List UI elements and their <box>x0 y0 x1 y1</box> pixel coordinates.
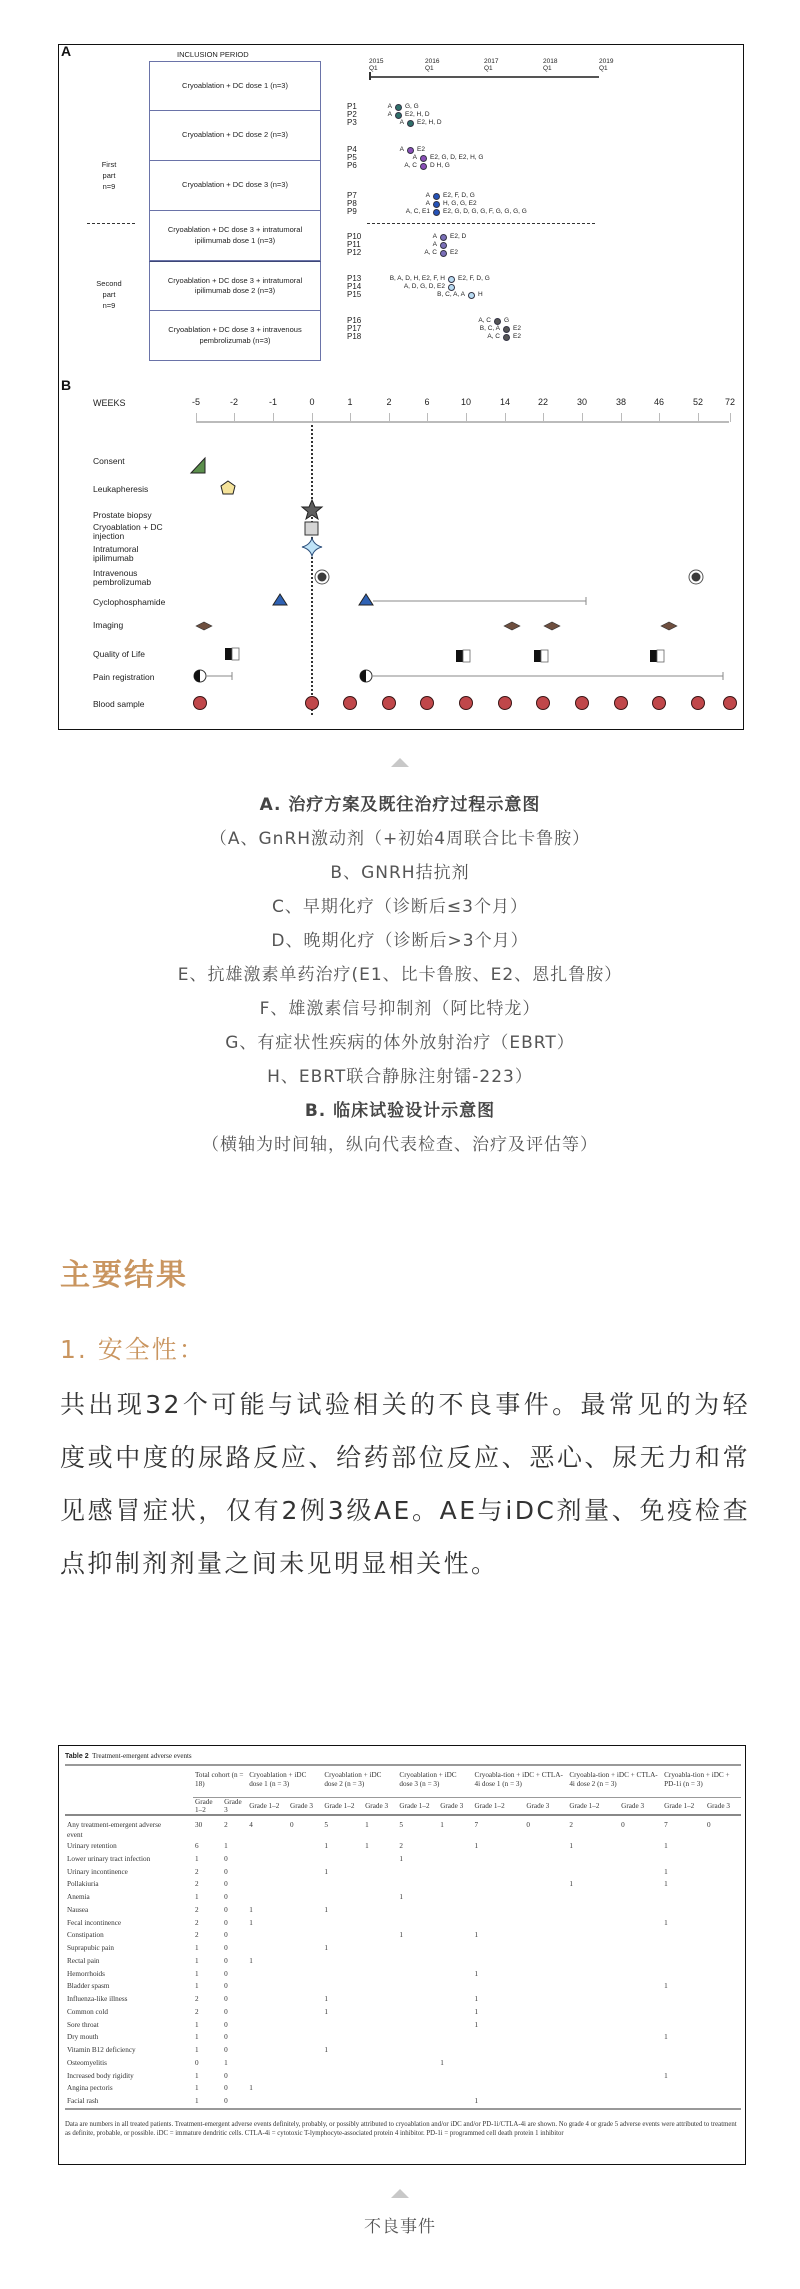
table-cell <box>567 2006 619 2019</box>
table-cell: 0 <box>222 1891 247 1904</box>
table-row-event: Any treatment-emergent adverse event <box>65 1815 193 1840</box>
table-cell: 0 <box>222 1929 247 1942</box>
table-row: Sore throat101 <box>65 2019 741 2032</box>
adverse-events-table: Total cohort (n = 18)Cryoablation + iDC … <box>65 1764 741 2110</box>
table-cell <box>438 1917 472 1930</box>
table-cell: 1 <box>247 2082 288 2095</box>
table-cell: 1 <box>473 2006 525 2019</box>
table-cell <box>567 2057 619 2070</box>
table-cell <box>662 1904 705 1917</box>
table-cell: 7 <box>662 1815 705 1840</box>
subheading-safety: 1. 安全性： <box>60 1330 206 1366</box>
table-cell <box>705 1955 741 1968</box>
table-row-event: Suprapubic pain <box>65 1942 193 1955</box>
table-cell <box>322 2095 363 2109</box>
table-cell <box>619 1942 662 1955</box>
table-cell <box>288 2057 322 2070</box>
table-cell <box>247 1866 288 1879</box>
table-cell: 1 <box>397 1853 438 1866</box>
table-cell <box>473 1942 525 1955</box>
table-cell: 0 <box>193 2057 222 2070</box>
table-cell <box>247 2019 288 2032</box>
table-cell <box>322 1891 363 1904</box>
table-cell <box>397 2019 438 2032</box>
table-cell <box>288 1993 322 2006</box>
table-cell <box>619 1980 662 1993</box>
table-cell <box>705 1980 741 1993</box>
table-cell <box>288 1917 322 1930</box>
caption-legend-d: D、晚期化疗（诊断后>3个月） <box>0 924 800 958</box>
table-cell <box>705 1993 741 2006</box>
table-row-event: Influenza-like illness <box>65 1993 193 2006</box>
table-cell <box>438 1866 472 1879</box>
table-cell: 1 <box>438 1815 472 1840</box>
table-cell: 1 <box>193 1942 222 1955</box>
table-cell <box>705 2006 741 2019</box>
table-group-header: Cryoabla-tion + iDC + PD-1i (n = 3) <box>662 1765 741 1797</box>
consent-triangle-icon <box>191 458 205 473</box>
table-cell <box>247 2031 288 2044</box>
table-cell <box>619 1968 662 1981</box>
caption-legend-b: B、GNRH拮抗剂 <box>0 856 800 890</box>
table-cell <box>524 1929 567 1942</box>
table-cell <box>524 1840 567 1853</box>
table-cell <box>619 1955 662 1968</box>
table-cell <box>705 1866 741 1879</box>
table-cell <box>567 1891 619 1904</box>
table-cell <box>322 1853 363 1866</box>
table-cell <box>438 1968 472 1981</box>
cryoablation-square-icon <box>305 522 318 535</box>
table-cell <box>524 2044 567 2057</box>
table-cell <box>705 2057 741 2070</box>
table-cell: 1 <box>193 1968 222 1981</box>
table-cell <box>662 1929 705 1942</box>
table-cell <box>397 1968 438 1981</box>
table-cell: 2 <box>193 1929 222 1942</box>
table-cell <box>619 2006 662 2019</box>
table-row-event: Bladder spasm <box>65 1980 193 1993</box>
table-cell <box>288 1942 322 1955</box>
table-cell <box>473 2082 525 2095</box>
table-row-event: Fecal incontinence <box>65 1917 193 1930</box>
table-cell <box>567 1866 619 1879</box>
table-cell <box>397 1942 438 1955</box>
table-cell <box>662 1891 705 1904</box>
table-row-event: Hemorrhoids <box>65 1968 193 1981</box>
table-cell: 6 <box>193 1840 222 1853</box>
table-title: Table 2 Treatment-emergent adverse event… <box>65 1752 192 1760</box>
table-cell <box>619 2095 662 2109</box>
table-cell <box>662 1942 705 1955</box>
table-cell <box>619 2044 662 2057</box>
table-row: Urinary retention61112111 <box>65 1840 741 1853</box>
table-cell <box>363 2031 397 2044</box>
table-cell: 1 <box>662 1980 705 1993</box>
table-cell <box>619 1866 662 1879</box>
table-row-event: Angina pectoris <box>65 2082 193 2095</box>
table-cell: 1 <box>322 1942 363 1955</box>
table-cell: 1 <box>567 1878 619 1891</box>
table-footnote: Data are numbers in all treated patients… <box>65 2120 741 2138</box>
table-cell <box>662 1853 705 1866</box>
table-row-event: Dry mouth <box>65 2031 193 2044</box>
table-cell <box>438 1955 472 1968</box>
table-cell <box>363 2044 397 2057</box>
table-cell: 1 <box>662 1878 705 1891</box>
table-cell <box>363 2006 397 2019</box>
table-cell: 2 <box>193 2006 222 2019</box>
table-cell <box>363 1955 397 1968</box>
table-cell <box>397 2057 438 2070</box>
table-cell <box>473 2044 525 2057</box>
table-cell <box>567 1955 619 1968</box>
table-cell: 1 <box>473 1840 525 1853</box>
table-cell <box>247 2057 288 2070</box>
table-cell: 1 <box>473 2095 525 2109</box>
table-cell: 2 <box>193 1878 222 1891</box>
table-row-event: Constipation <box>65 1929 193 1942</box>
table-cell <box>705 1878 741 1891</box>
table-cell: 1 <box>662 1917 705 1930</box>
table-cell: 1 <box>397 1891 438 1904</box>
table-cell <box>247 2070 288 2083</box>
table-cell: 1 <box>193 2095 222 2109</box>
table-row: Increased body rigidity101 <box>65 2070 741 2083</box>
table-cell <box>662 2006 705 2019</box>
table-cell <box>524 1866 567 1879</box>
adverse-events-table-image: Table 2 Treatment-emergent adverse event… <box>58 1745 746 2165</box>
table-cell: 4 <box>247 1815 288 1840</box>
table-cell <box>247 1993 288 2006</box>
table-row-event: Rectal pain <box>65 1955 193 1968</box>
table-cell <box>363 2070 397 2083</box>
table-row-event: Lower urinary tract infection <box>65 1853 193 1866</box>
table-cell <box>567 2019 619 2032</box>
table-caption: 不良事件 <box>0 2212 800 2237</box>
table-cell <box>524 2019 567 2032</box>
table-cell <box>619 1993 662 2006</box>
table-cell <box>288 1904 322 1917</box>
table-row: Common cold2011 <box>65 2006 741 2019</box>
table-cell <box>567 1929 619 1942</box>
table-cell <box>524 1993 567 2006</box>
table-cell <box>619 2031 662 2044</box>
table-cell <box>438 1942 472 1955</box>
table-cell: 1 <box>322 1866 363 1879</box>
table-cell: 1 <box>222 1840 247 1853</box>
table-cell <box>473 1904 525 1917</box>
table-cell <box>567 1853 619 1866</box>
table-cell: 1 <box>222 2057 247 2070</box>
table-group-header: Cryoabla-tion + iDC + CTLA-4i dose 2 (n … <box>567 1765 662 1797</box>
table-cell <box>662 1968 705 1981</box>
caption-legend-g: G、有症状性疾病的体外放射治疗（EBRT） <box>0 1026 800 1060</box>
table-cell <box>247 1840 288 1853</box>
table-cell: 1 <box>322 1840 363 1853</box>
table-cell <box>363 1993 397 2006</box>
table-cell: 1 <box>193 2070 222 2083</box>
table-cell <box>363 1878 397 1891</box>
table-cell: 0 <box>222 1853 247 1866</box>
table-grade-header: Grade 3 <box>619 1797 662 1815</box>
table-cell <box>567 2031 619 2044</box>
table-cell <box>473 2031 525 2044</box>
quality-of-life-icons <box>225 648 664 662</box>
table-cell: 2 <box>193 1904 222 1917</box>
table-cell: 1 <box>473 1968 525 1981</box>
table-cell: 0 <box>222 1980 247 1993</box>
table-cell: 1 <box>193 1891 222 1904</box>
table-cell <box>363 2057 397 2070</box>
table-row: Hemorrhoids101 <box>65 1968 741 1981</box>
imaging-diamond-icons <box>196 622 677 630</box>
timeline-symbols <box>59 45 745 731</box>
table-cell <box>322 2019 363 2032</box>
table-cell <box>288 2044 322 2057</box>
table-cell <box>438 1993 472 2006</box>
caption-a-title: A. 治疗方案及既往治疗过程示意图 <box>0 788 800 822</box>
table-row-event: Osteomyelitis <box>65 2057 193 2070</box>
figure-caption: A. 治疗方案及既往治疗过程示意图 （A、GnRH激动剂（+初始4周联合比卡鲁胺… <box>0 788 800 1162</box>
table-row: Lower urinary tract infection101 <box>65 1853 741 1866</box>
caption-pointer-icon <box>391 758 409 767</box>
table-cell <box>438 1980 472 1993</box>
table-group-header: Total cohort (n = 18) <box>193 1765 247 1797</box>
table-cell <box>288 2031 322 2044</box>
table-group-header: Cryoablation + iDC dose 2 (n = 3) <box>322 1765 397 1797</box>
table-cell <box>619 1853 662 1866</box>
table-cell <box>438 2082 472 2095</box>
table-cell: 1 <box>247 1904 288 1917</box>
table-cell <box>524 1853 567 1866</box>
table-grade-header: Grade 1–2 <box>567 1797 619 1815</box>
table-cell <box>705 2019 741 2032</box>
table-cell <box>322 2057 363 2070</box>
table-cell <box>397 1917 438 1930</box>
table-row-event: Urinary incontinence <box>65 1866 193 1879</box>
table-cell <box>397 1904 438 1917</box>
table-cell <box>524 1904 567 1917</box>
table-cell <box>438 2070 472 2083</box>
table-cell <box>288 1955 322 1968</box>
table-cell <box>438 1929 472 1942</box>
table-cell: 1 <box>438 2057 472 2070</box>
table-cell: 0 <box>222 2070 247 2083</box>
table-group-header: Cryoabla-tion + iDC + CTLA-4i dose 1 (n … <box>473 1765 568 1797</box>
table-cell <box>619 2070 662 2083</box>
table-cell: 1 <box>193 2082 222 2095</box>
table-cell <box>524 2031 567 2044</box>
table-cell <box>705 1917 741 1930</box>
table-cell <box>662 1955 705 1968</box>
table-cell <box>288 2082 322 2095</box>
table-cell <box>397 2095 438 2109</box>
table-cell <box>397 1993 438 2006</box>
table-cell <box>524 2082 567 2095</box>
table-cell: 0 <box>222 2006 247 2019</box>
table-cell <box>662 1993 705 2006</box>
table-cell: 0 <box>222 2044 247 2057</box>
table-row: Constipation2011 <box>65 1929 741 1942</box>
table-caption-pointer-icon <box>391 2189 409 2198</box>
table-cell <box>619 1904 662 1917</box>
table-cell <box>322 2070 363 2083</box>
table-cell <box>619 1891 662 1904</box>
table-cell <box>473 2070 525 2083</box>
table-cell: 1 <box>247 1917 288 1930</box>
table-cell <box>363 1980 397 1993</box>
table-cell: 0 <box>524 1815 567 1840</box>
table-group-header: Cryoablation + iDC dose 3 (n = 3) <box>397 1765 472 1797</box>
table-cell: 0 <box>288 1815 322 1840</box>
table-cell: 1 <box>397 1929 438 1942</box>
table-cell <box>397 2082 438 2095</box>
table-cell <box>705 2082 741 2095</box>
table-cell <box>567 1980 619 1993</box>
table-cell <box>438 1853 472 1866</box>
table-cell: 0 <box>222 1917 247 1930</box>
table-cell: 1 <box>193 2019 222 2032</box>
table-row-event: Nausea <box>65 1904 193 1917</box>
table-grade-header: Grade 1–2 <box>322 1797 363 1815</box>
caption-legend-h: H、EBRT联合静脉注射镭-223） <box>0 1060 800 1094</box>
table-cell: 0 <box>705 1815 741 1840</box>
table-cell: 1 <box>193 2031 222 2044</box>
table-cell: 1 <box>363 1815 397 1840</box>
table-cell <box>288 1853 322 1866</box>
table-cell: 1 <box>193 2044 222 2057</box>
table-grade-header: Grade 1–2 <box>662 1797 705 1815</box>
table-cell <box>363 1891 397 1904</box>
table-cell <box>288 2006 322 2019</box>
table-cell <box>438 1891 472 1904</box>
table-cell: 1 <box>193 1955 222 1968</box>
caption-b-title: B. 临床试验设计示意图 <box>0 1094 800 1128</box>
table-cell <box>363 1866 397 1879</box>
table-cell <box>524 1980 567 1993</box>
table-cell <box>662 2019 705 2032</box>
table-cell <box>567 2044 619 2057</box>
table-row-event: Facial rash <box>65 2095 193 2109</box>
table-cell: 1 <box>662 2070 705 2083</box>
table-row-event: Increased body rigidity <box>65 2070 193 2083</box>
table-row-event: Urinary retention <box>65 1840 193 1853</box>
table-cell <box>438 2006 472 2019</box>
table-cell <box>438 1840 472 1853</box>
table-cell: 1 <box>473 1929 525 1942</box>
table-cell <box>322 1955 363 1968</box>
table-cell <box>438 2095 472 2109</box>
table-cell: 0 <box>222 1993 247 2006</box>
table-cell <box>567 2095 619 2109</box>
table-cell <box>567 1904 619 1917</box>
table-row: Suprapubic pain101 <box>65 1942 741 1955</box>
table-cell <box>397 1980 438 1993</box>
table-row: Rectal pain101 <box>65 1955 741 1968</box>
table-cell: 0 <box>619 1815 662 1840</box>
biopsy-star-icon <box>302 500 322 519</box>
table-grade-header: Grade 3 <box>438 1797 472 1815</box>
table-cell: 1 <box>662 2031 705 2044</box>
table-group-header: Cryoablation + iDC dose 1 (n = 3) <box>247 1765 322 1797</box>
table-cell: 1 <box>662 1840 705 1853</box>
table-row-event: Sore throat <box>65 2019 193 2032</box>
table-row: Bladder spasm101 <box>65 1980 741 1993</box>
table-cell <box>619 1878 662 1891</box>
table-cell <box>705 1929 741 1942</box>
table-cell <box>363 1968 397 1981</box>
table-cell: 0 <box>222 1904 247 1917</box>
table-cell: 2 <box>193 1993 222 2006</box>
table-cell <box>397 1878 438 1891</box>
table-cell: 1 <box>473 1993 525 2006</box>
table-cell <box>288 1878 322 1891</box>
table-cell: 1 <box>193 1853 222 1866</box>
table-cell <box>288 1968 322 1981</box>
cyclophosphamide-triangle-icon <box>273 594 287 605</box>
table-cell <box>619 1840 662 1853</box>
table-cell <box>524 1917 567 1930</box>
table-grade-header: Grade 1–2 <box>193 1797 222 1815</box>
table-cell: 2 <box>397 1840 438 1853</box>
table-cell <box>363 1853 397 1866</box>
caption-legend-f: F、雄激素信号抑制剂（阿比特龙） <box>0 992 800 1026</box>
pain-registration-icons <box>194 670 723 682</box>
table-cell <box>288 1840 322 1853</box>
table-cell <box>397 2031 438 2044</box>
table-cell <box>397 2070 438 2083</box>
table-grade-header: Grade 1–2 <box>473 1797 525 1815</box>
table-cell <box>524 1942 567 1955</box>
table-cell: 1 <box>473 2019 525 2032</box>
table-row: Osteomyelitis011 <box>65 2057 741 2070</box>
table-cell <box>397 1955 438 1968</box>
table-cell <box>247 2044 288 2057</box>
table-row: Anemia101 <box>65 1891 741 1904</box>
table-cell: 0 <box>222 1866 247 1879</box>
table-cell <box>524 2057 567 2070</box>
table-grade-header: Grade 3 <box>705 1797 741 1815</box>
trial-figure: A INCLUSION PERIOD Cryoablation + DC dos… <box>58 44 744 730</box>
table-cell <box>322 1929 363 1942</box>
table-cell <box>288 1866 322 1879</box>
table-cell <box>524 1955 567 1968</box>
table-cell <box>288 1891 322 1904</box>
table-cell: 1 <box>322 1904 363 1917</box>
table-cell <box>363 2095 397 2109</box>
table-cell <box>473 1955 525 1968</box>
table-cell <box>363 1929 397 1942</box>
table-cell <box>619 1929 662 1942</box>
table-cell <box>247 1853 288 1866</box>
table-cell <box>288 2095 322 2109</box>
table-cell <box>363 1942 397 1955</box>
table-cell: 0 <box>222 2095 247 2109</box>
table-cell <box>438 1904 472 1917</box>
table-row: Any treatment-emergent adverse event3024… <box>65 1815 741 1840</box>
table-cell <box>322 2082 363 2095</box>
table-cell: 5 <box>322 1815 363 1840</box>
table-cell <box>524 1891 567 1904</box>
table-cell <box>322 2031 363 2044</box>
table-grade-header: Grade 3 <box>288 1797 322 1815</box>
table-row-event: Common cold <box>65 2006 193 2019</box>
table-cell <box>524 1968 567 1981</box>
table-grade-header: Grade 3 <box>524 1797 567 1815</box>
table-cell: 1 <box>662 1866 705 1879</box>
table-cell <box>524 2006 567 2019</box>
